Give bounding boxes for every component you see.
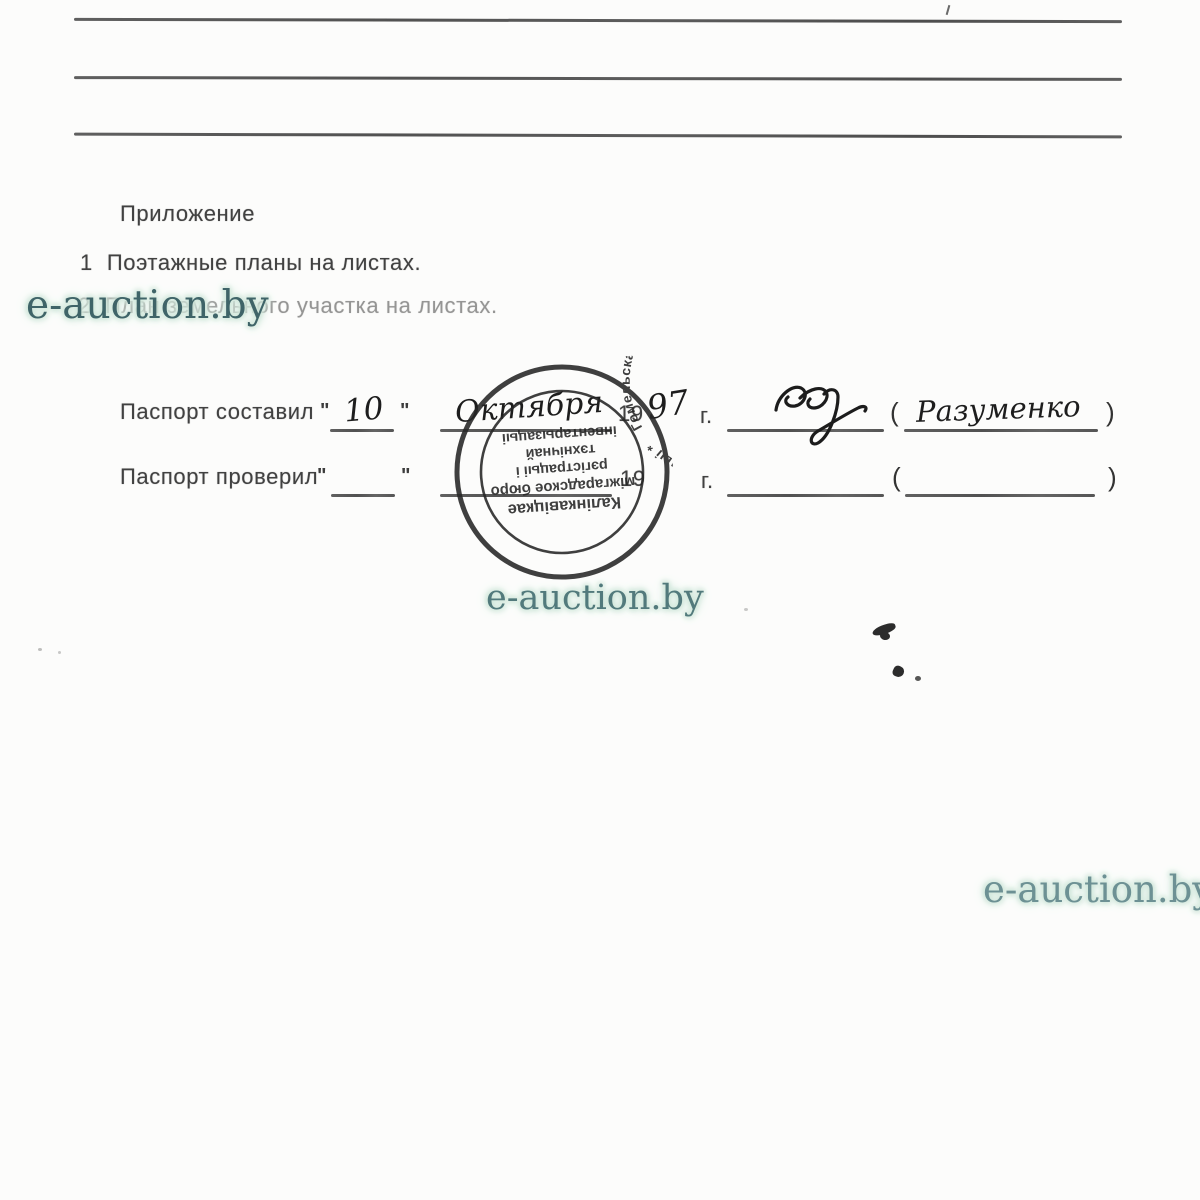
- paren-close: ): [1108, 462, 1117, 493]
- name-line: [904, 429, 1098, 432]
- paren-close: ): [1106, 397, 1115, 428]
- scanned-document-page: Приложение 1Поэтажные планы на листах. 2…: [0, 0, 1200, 1200]
- quote-mark: ": [320, 400, 329, 423]
- ink-speck: [38, 648, 42, 651]
- ink-speck: [946, 5, 951, 15]
- handwritten-name: Разуменко: [915, 389, 1081, 429]
- watermark-center: e-auction.by: [486, 578, 704, 618]
- ruled-line: [74, 133, 1122, 139]
- ink-speck: [879, 631, 890, 641]
- quote-mark: ": [317, 465, 326, 488]
- passport-compiled-label: Паспорт составил: [120, 399, 314, 425]
- quote-mark: ": [400, 400, 409, 423]
- watermark-top-left: e-auction.by: [26, 283, 269, 328]
- passport-checked-label: Паспорт проверил: [120, 464, 318, 490]
- appendix-item-1: 1Поэтажные планы на листах.: [80, 250, 421, 276]
- year-suffix: г.: [700, 403, 713, 429]
- appendix-heading: Приложение: [120, 201, 255, 227]
- round-stamp: Гомельскае абласное аб'яднанне рэгістрац…: [444, 354, 681, 591]
- quote-mark: ": [401, 465, 410, 488]
- appendix-item-1-number: 1: [80, 250, 93, 276]
- ink-speck: [891, 664, 906, 679]
- ink-speck: [58, 651, 61, 654]
- ruled-line: [74, 18, 1122, 23]
- year-suffix: г.: [701, 468, 714, 494]
- paren-open: (: [892, 462, 901, 493]
- appendix-item-1-text: Поэтажные планы на листах.: [107, 250, 421, 275]
- ink-speck: [744, 608, 748, 611]
- handwritten-day: 10: [343, 390, 385, 429]
- day-line: [331, 494, 395, 497]
- watermark-bottom-right: e-auction.by: [983, 868, 1200, 911]
- handwritten-signature: [762, 370, 892, 454]
- paren-open: (: [890, 397, 899, 428]
- ruled-line: [74, 76, 1122, 81]
- ink-speck: [915, 676, 921, 681]
- signature-line: [727, 494, 884, 497]
- day-line: [330, 429, 394, 432]
- name-line: [905, 494, 1095, 497]
